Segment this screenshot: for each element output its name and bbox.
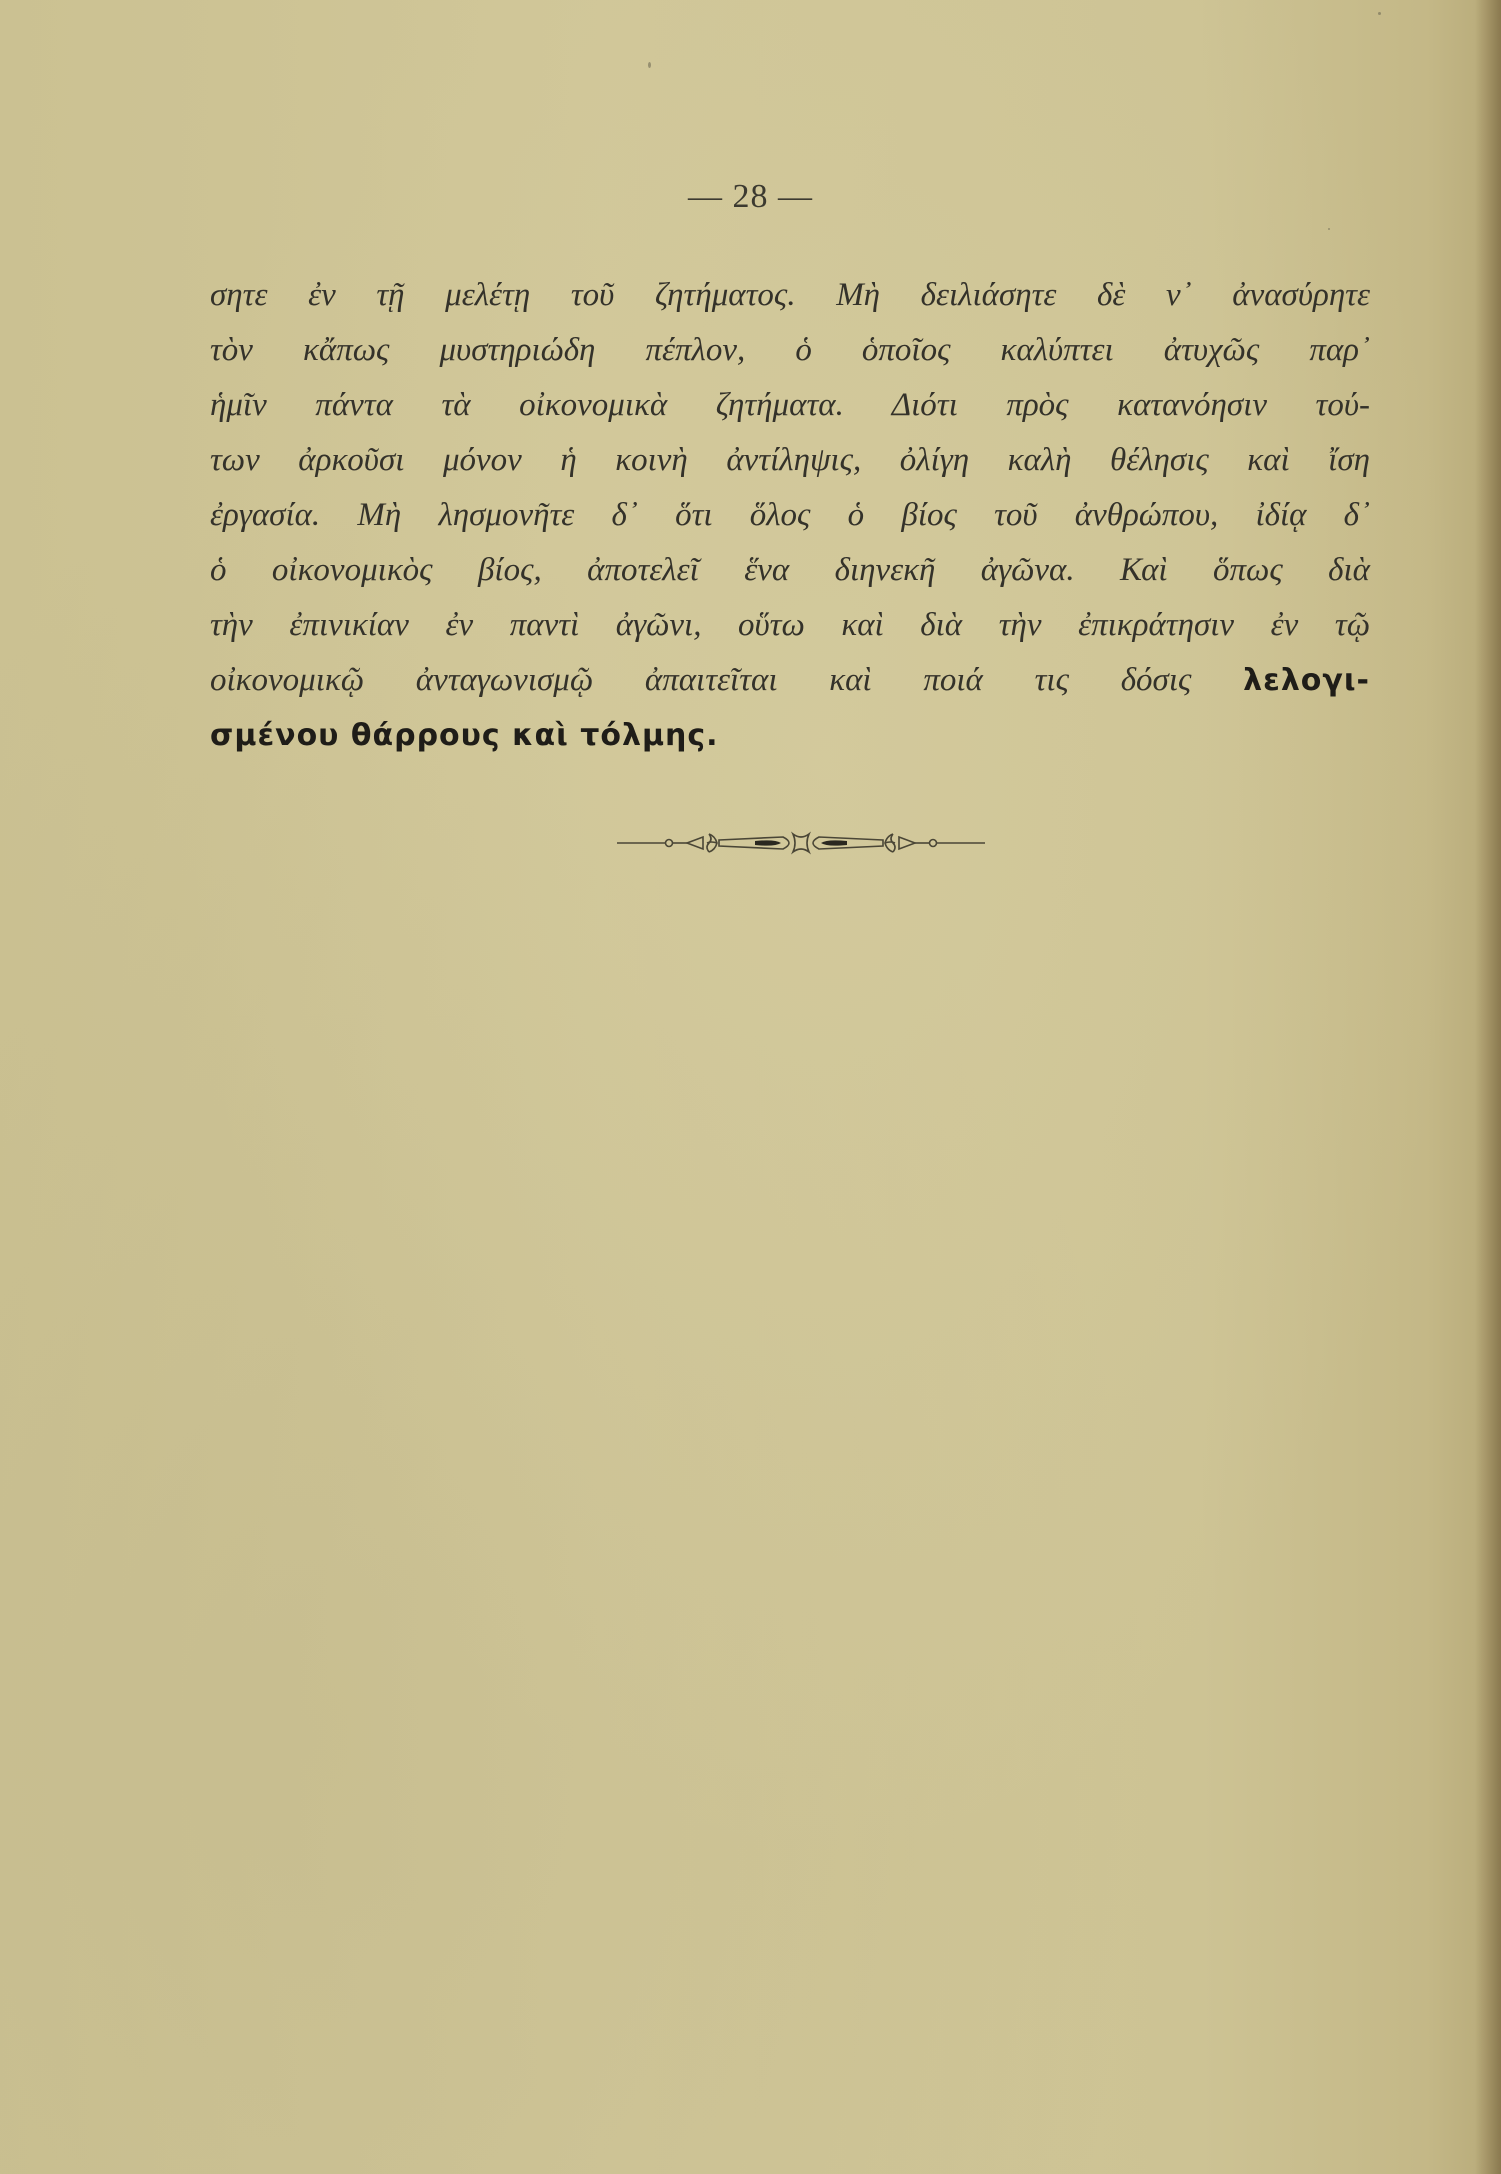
text-line-3: ἡμῖν πάντα τὰ οἰκονομικὰ ζητήματα. Διότι… xyxy=(210,378,1370,433)
text-line-8-italic: οἰκονομικῷ ἀνταγωνισμῷ ἀπαιτεῖται καὶ πο… xyxy=(210,662,1243,698)
paper-speck xyxy=(648,62,651,68)
body-paragraph: σητε ἐν τῇ μελέτῃ τοῦ ζητήματος. Μὴ δειλ… xyxy=(210,268,1370,763)
text-line-5: ἐργασία. Μὴ λησμονῆτε δ᾽ ὅτι ὅλος ὁ βίος… xyxy=(210,488,1370,543)
text-line-6: ὁ οἰκονομικὸς βίος, ἀποτελεῖ ἕνα διηνεκῆ… xyxy=(210,543,1370,598)
page-edge-shadow xyxy=(1475,0,1501,2174)
book-page: — 28 — σητε ἐν τῇ μελέτῃ τοῦ ζητήματος. … xyxy=(0,0,1501,2174)
page-number: — 28 — xyxy=(0,178,1501,216)
emphasized-text: λελογι- xyxy=(1243,663,1370,698)
text-line-1: σητε ἐν τῇ μελέτῃ τοῦ ζητήματος. Μὴ δειλ… xyxy=(210,268,1370,323)
text-line-4: των ἀρκοῦσι μόνον ἡ κοινὴ ἀντίληψις, ὀλί… xyxy=(210,433,1370,488)
paper-speck xyxy=(1328,228,1330,230)
emphasized-text-end: σμένου θάρρους καὶ τόλμης. xyxy=(210,718,719,753)
text-line-7: τὴν ἐπινικίαν ἐν παντὶ ἀγῶνι, οὕτω καὶ δ… xyxy=(210,598,1370,653)
text-line-2: τὸν κἄπως μυστηριώδη πέπλον, ὁ ὁποῖος κα… xyxy=(210,323,1370,378)
ornament-divider-icon xyxy=(615,828,987,858)
text-line-8: οἰκονομικῷ ἀνταγωνισμῷ ἀπαιτεῖται καὶ πο… xyxy=(210,653,1370,708)
text-line-9: σμένου θάρρους καὶ τόλμης. xyxy=(210,708,1370,763)
paper-speck xyxy=(1378,12,1381,15)
